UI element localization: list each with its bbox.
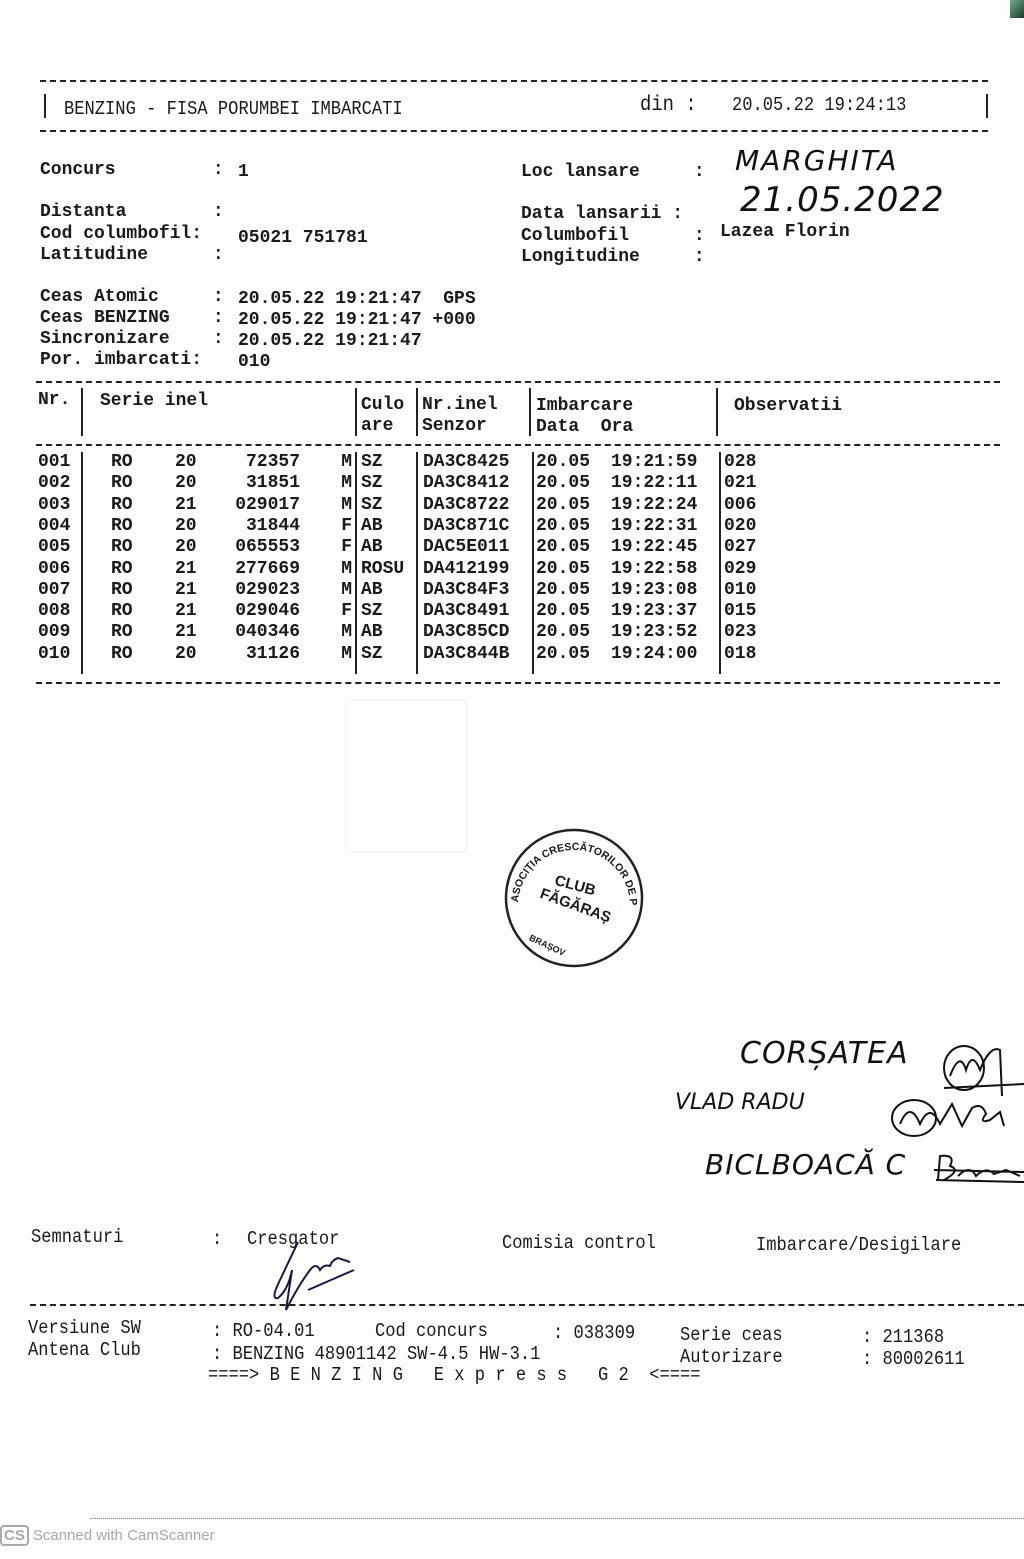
cod-concurs-value: : 038309 bbox=[553, 1322, 635, 1344]
versiune-sw-label: Versiune SW bbox=[28, 1317, 141, 1339]
cell-sex: M bbox=[341, 580, 352, 600]
ceas-benzing-label: Ceas BENZING : bbox=[40, 308, 224, 328]
versiune-sw-value: : RO-04.01 bbox=[212, 1320, 315, 1342]
club-stamp: ASOCIȚIA CRESCĂTORILOR DE PORUMBEI CLUB … bbox=[500, 828, 648, 968]
table-header-rule bbox=[36, 444, 1000, 446]
concurs-label: Concurs : bbox=[40, 160, 224, 180]
cell-ring: 029017 bbox=[235, 495, 300, 515]
cell-nr: 003 bbox=[38, 495, 70, 515]
col-header-imbarcare-1: Imbarcare bbox=[536, 396, 633, 416]
col-header-senzor-1: Nr.inel bbox=[422, 395, 498, 415]
cell-country: RO bbox=[111, 644, 133, 664]
cell-ring: 065553 bbox=[235, 537, 300, 557]
cell-observatii: 010 bbox=[724, 580, 756, 600]
cell-sex: M bbox=[341, 495, 352, 515]
cell-observatii: 021 bbox=[724, 473, 756, 493]
imbarcare-desigilare-label: Imbarcare/Desigilare bbox=[756, 1234, 961, 1256]
cell-sex: M bbox=[341, 644, 352, 664]
cell-year: 20 bbox=[175, 516, 197, 536]
cell-country: RO bbox=[111, 580, 133, 600]
col-header-imbarcare-2: Data Ora bbox=[536, 417, 633, 437]
cell-country: RO bbox=[111, 452, 133, 472]
cell-sensor: DA3C84F3 bbox=[423, 580, 509, 600]
document-title: BENZING - FISA PORUMBEI IMBARCATI bbox=[64, 98, 403, 120]
cell-country: RO bbox=[111, 516, 133, 536]
cell-ring: 277669 bbox=[235, 559, 300, 579]
cell-nr: 010 bbox=[38, 644, 70, 664]
cell-ring: 31851 bbox=[246, 473, 300, 493]
header-timestamp: 20.05.22 19:24:13 bbox=[732, 94, 906, 116]
serie-ceas-value: : 211368 bbox=[862, 1326, 944, 1348]
signature-scribble-2 bbox=[890, 1090, 1024, 1140]
data-lansarii-handwritten: 21.05.2022 bbox=[740, 180, 945, 220]
por-imbarcati-value: 010 bbox=[238, 352, 270, 372]
cell-observatii: 015 bbox=[724, 601, 756, 621]
cod-columbofil-label: Cod columbofil: bbox=[40, 224, 202, 244]
loc-lansare-label: Loc lansare : bbox=[521, 162, 705, 182]
cell-country: RO bbox=[111, 622, 133, 642]
document-header: BENZING - FISA PORUMBEI IMBARCATI din : … bbox=[40, 80, 988, 132]
col-header-nr: Nr. bbox=[38, 390, 70, 410]
cell-date: 20.05 bbox=[536, 495, 590, 515]
cell-observatii: 027 bbox=[724, 537, 756, 557]
cell-year: 21 bbox=[175, 622, 197, 642]
table-top-rule bbox=[36, 381, 1000, 383]
cell-color: AB bbox=[361, 580, 383, 600]
cell-ring: 029046 bbox=[235, 601, 300, 621]
cell-country: RO bbox=[111, 473, 133, 493]
cell-ring: 72357 bbox=[246, 452, 300, 472]
cell-time: 19:22:45 bbox=[611, 537, 697, 557]
col-header-culoare-1: Culo bbox=[361, 395, 404, 415]
cell-nr: 008 bbox=[38, 601, 70, 621]
camscanner-text: Scanned with CamScanner bbox=[33, 1527, 215, 1544]
sincronizare-label: Sincronizare : bbox=[40, 329, 224, 349]
cell-year: 21 bbox=[175, 559, 197, 579]
semnaturi-colon: : bbox=[212, 1228, 222, 1250]
col-header-senzor-2: Senzor bbox=[422, 416, 487, 436]
antena-club-label: Antena Club bbox=[28, 1339, 141, 1361]
ceas-atomic-value: 20.05.22 19:21:47 GPS bbox=[238, 289, 476, 309]
cell-year: 21 bbox=[175, 495, 197, 515]
cell-year: 20 bbox=[175, 537, 197, 557]
signature-scribble-3 bbox=[930, 1150, 1024, 1190]
concurs-value: 1 bbox=[238, 162, 249, 182]
cell-color: AB bbox=[361, 537, 383, 557]
cell-country: RO bbox=[111, 537, 133, 557]
cell-time: 19:21:59 bbox=[611, 452, 697, 472]
cell-time: 19:23:37 bbox=[611, 601, 697, 621]
cell-nr: 004 bbox=[38, 516, 70, 536]
cell-date: 20.05 bbox=[536, 473, 590, 493]
latitudine-label: Latitudine : bbox=[40, 245, 224, 265]
cell-observatii: 006 bbox=[724, 495, 756, 515]
handwritten-name-2: VLAD RADU bbox=[675, 1090, 805, 1115]
cell-sensor: DA3C8722 bbox=[423, 495, 509, 515]
cell-nr: 006 bbox=[38, 559, 70, 579]
col-header-serie: Serie inel bbox=[100, 391, 208, 411]
cell-sex: F bbox=[341, 537, 352, 557]
cod-columbofil-value: 05021 751781 bbox=[238, 228, 368, 248]
serie-ceas-label: Serie ceas bbox=[680, 1324, 783, 1346]
cell-ring: 31126 bbox=[246, 644, 300, 664]
cell-color: SZ bbox=[361, 452, 383, 472]
cell-country: RO bbox=[111, 559, 133, 579]
columbofil-label: Columbofil : bbox=[521, 226, 705, 246]
cell-sensor: DA3C8491 bbox=[423, 601, 509, 621]
columbofil-value: Lazea Florin bbox=[720, 222, 850, 242]
data-lansarii-label: Data lansarii : bbox=[521, 204, 683, 224]
ceas-atomic-label: Ceas Atomic : bbox=[40, 287, 224, 307]
header-din-label: din : bbox=[640, 94, 697, 117]
signatures-rule bbox=[30, 1304, 1024, 1306]
handwritten-name-1: CORȘATEA bbox=[740, 1036, 909, 1071]
cell-sensor: DA412199 bbox=[423, 559, 509, 579]
cell-sex: F bbox=[341, 516, 352, 536]
cell-sensor: DA3C871C bbox=[423, 516, 509, 536]
cell-year: 21 bbox=[175, 580, 197, 600]
camscanner-logo-icon: CS bbox=[0, 1525, 29, 1546]
loc-lansare-handwritten: MARGHITA bbox=[735, 144, 898, 177]
cell-sex: F bbox=[341, 601, 352, 621]
cell-date: 20.05 bbox=[536, 559, 590, 579]
longitudine-label: Longitudine : bbox=[521, 247, 705, 267]
por-imbarcati-label: Por. imbarcati: bbox=[40, 350, 202, 370]
ceas-benzing-value: 20.05.22 19:21:47 +000 bbox=[238, 310, 476, 330]
cell-ring: 029023 bbox=[235, 580, 300, 600]
cell-date: 20.05 bbox=[536, 516, 590, 536]
cell-date: 20.05 bbox=[536, 622, 590, 642]
cell-year: 20 bbox=[175, 644, 197, 664]
cell-sensor: DA3C8412 bbox=[423, 473, 509, 493]
cell-time: 19:22:31 bbox=[611, 516, 697, 536]
cell-nr: 009 bbox=[38, 622, 70, 642]
cell-color: SZ bbox=[361, 473, 383, 493]
scan-edge-mark bbox=[1010, 0, 1024, 18]
cell-date: 20.05 bbox=[536, 601, 590, 621]
comisia-control-label: Comisia control bbox=[502, 1232, 656, 1254]
cell-year: 21 bbox=[175, 601, 197, 621]
cell-sex: M bbox=[341, 559, 352, 579]
cell-nr: 005 bbox=[38, 537, 70, 557]
cod-concurs-label: Cod concurs bbox=[375, 1320, 488, 1342]
cell-nr: 001 bbox=[38, 452, 70, 472]
cell-time: 19:23:52 bbox=[611, 622, 697, 642]
bleed-through-artifact bbox=[345, 700, 467, 852]
cell-sensor: DA3C85CD bbox=[423, 622, 509, 642]
crescator-signature bbox=[258, 1240, 358, 1314]
cell-color: AB bbox=[361, 622, 383, 642]
cell-date: 20.05 bbox=[536, 644, 590, 664]
cell-country: RO bbox=[111, 495, 133, 515]
cell-nr: 002 bbox=[38, 473, 70, 493]
handwritten-name-3: BICLBOACĂ C bbox=[705, 1148, 906, 1181]
col-header-observatii: Observatii bbox=[734, 396, 842, 416]
table-bottom-rule bbox=[36, 682, 1000, 684]
cell-sensor: DAC5E011 bbox=[423, 537, 509, 557]
autorizare-value: : 80002611 bbox=[862, 1348, 965, 1370]
cell-time: 19:24:00 bbox=[611, 644, 697, 664]
antena-club-value: : BENZING 48901142 SW-4.5 HW-3.1 bbox=[212, 1343, 540, 1365]
cell-ring: 31844 bbox=[246, 516, 300, 536]
cell-observatii: 029 bbox=[724, 559, 756, 579]
cell-date: 20.05 bbox=[536, 452, 590, 472]
cell-ring: 040346 bbox=[235, 622, 300, 642]
benzing-express-banner: ====> B E N Z I N G E x p r e s s G 2 <=… bbox=[208, 1364, 701, 1386]
cell-color: ROSU bbox=[361, 559, 404, 579]
cell-observatii: 028 bbox=[724, 452, 756, 472]
cell-sex: M bbox=[341, 622, 352, 642]
cell-observatii: 018 bbox=[724, 644, 756, 664]
semnaturi-label: Semnaturi bbox=[31, 1226, 123, 1248]
cell-year: 20 bbox=[175, 473, 197, 493]
cell-observatii: 020 bbox=[724, 516, 756, 536]
sincronizare-value: 20.05.22 19:21:47 bbox=[238, 331, 422, 351]
cell-color: SZ bbox=[361, 601, 383, 621]
cell-color: SZ bbox=[361, 644, 383, 664]
cell-observatii: 023 bbox=[724, 622, 756, 642]
cell-sex: M bbox=[341, 473, 352, 493]
cell-sex: M bbox=[341, 452, 352, 472]
cell-nr: 007 bbox=[38, 580, 70, 600]
cell-color: SZ bbox=[361, 495, 383, 515]
cell-year: 20 bbox=[175, 452, 197, 472]
cell-time: 19:22:11 bbox=[611, 473, 697, 493]
cell-time: 19:22:58 bbox=[611, 559, 697, 579]
cell-time: 19:22:24 bbox=[611, 495, 697, 515]
cell-sensor: DA3C8425 bbox=[423, 452, 509, 472]
cell-date: 20.05 bbox=[536, 537, 590, 557]
col-header-culoare-2: are bbox=[361, 416, 393, 436]
distanta-label: Distanta : bbox=[40, 202, 224, 222]
camscanner-watermark: CSScanned with CamScanner bbox=[0, 1525, 215, 1546]
cell-sensor: DA3C844B bbox=[423, 644, 509, 664]
cell-country: RO bbox=[111, 601, 133, 621]
cell-date: 20.05 bbox=[536, 580, 590, 600]
page-bottom-edge bbox=[90, 1518, 1024, 1519]
cell-color: AB bbox=[361, 516, 383, 536]
cell-time: 19:23:08 bbox=[611, 580, 697, 600]
